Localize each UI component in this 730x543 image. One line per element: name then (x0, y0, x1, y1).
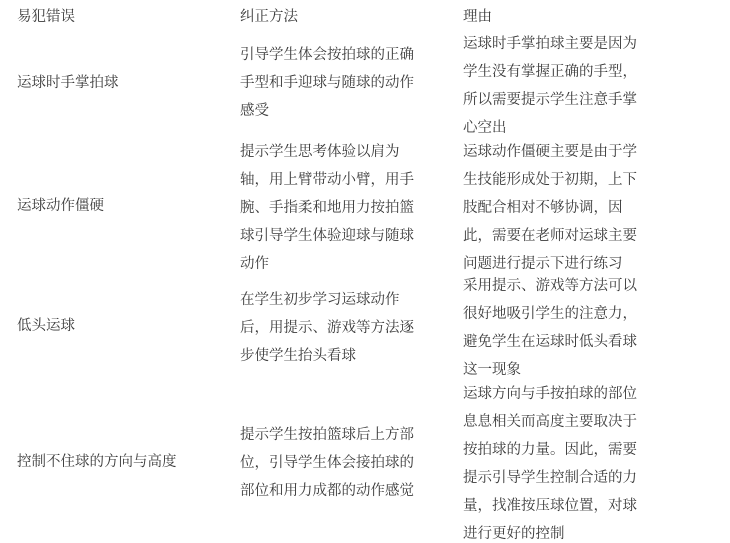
header-error: 易犯错误 (17, 3, 75, 31)
row4-reason: 运球方向与手按拍球的部位 息息相关而高度主要取决于 按拍球的力量。因此，需要 提… (463, 380, 637, 543)
row3-reason: 采用提示、游戏等方法可以 很好地吸引学生的注意力， 避免学生在运球时低头看球 这… (463, 272, 637, 384)
row1-reason: 运球时手掌拍球主要是因为 学生没有掌握正确的手型， 所以需要提示学生注意手掌 心… (463, 30, 637, 142)
row2-reason: 运球动作僵硬主要是由于学 生技能形成处于初期，上下 肢配合相对不够协调，因 此，… (463, 138, 637, 278)
row1-method: 引导学生体会按拍球的正确 手型和手迎球与随球的动作 感受 (240, 41, 414, 125)
row1-error: 运球时手掌拍球 (17, 69, 119, 97)
header-method: 纠正方法 (240, 3, 298, 31)
row3-error: 低头运球 (17, 312, 75, 340)
row3-method: 在学生初步学习运球动作 后，用提示、游戏等方法逐 步使学生抬头看球 (240, 286, 414, 370)
row2-method: 提示学生思考体验以肩为 轴，用上臂带动小臂，用手 腕、手指柔和地用力按拍篮 球引… (240, 138, 414, 278)
row4-method: 提示学生按拍篮球后上方部 位，引导学生体会接拍球的 部位和用力成都的动作感觉 (240, 421, 414, 505)
header-reason: 理由 (463, 3, 492, 31)
row2-error: 运球动作僵硬 (17, 192, 104, 220)
row4-error: 控制不住球的方向与高度 (17, 448, 177, 476)
